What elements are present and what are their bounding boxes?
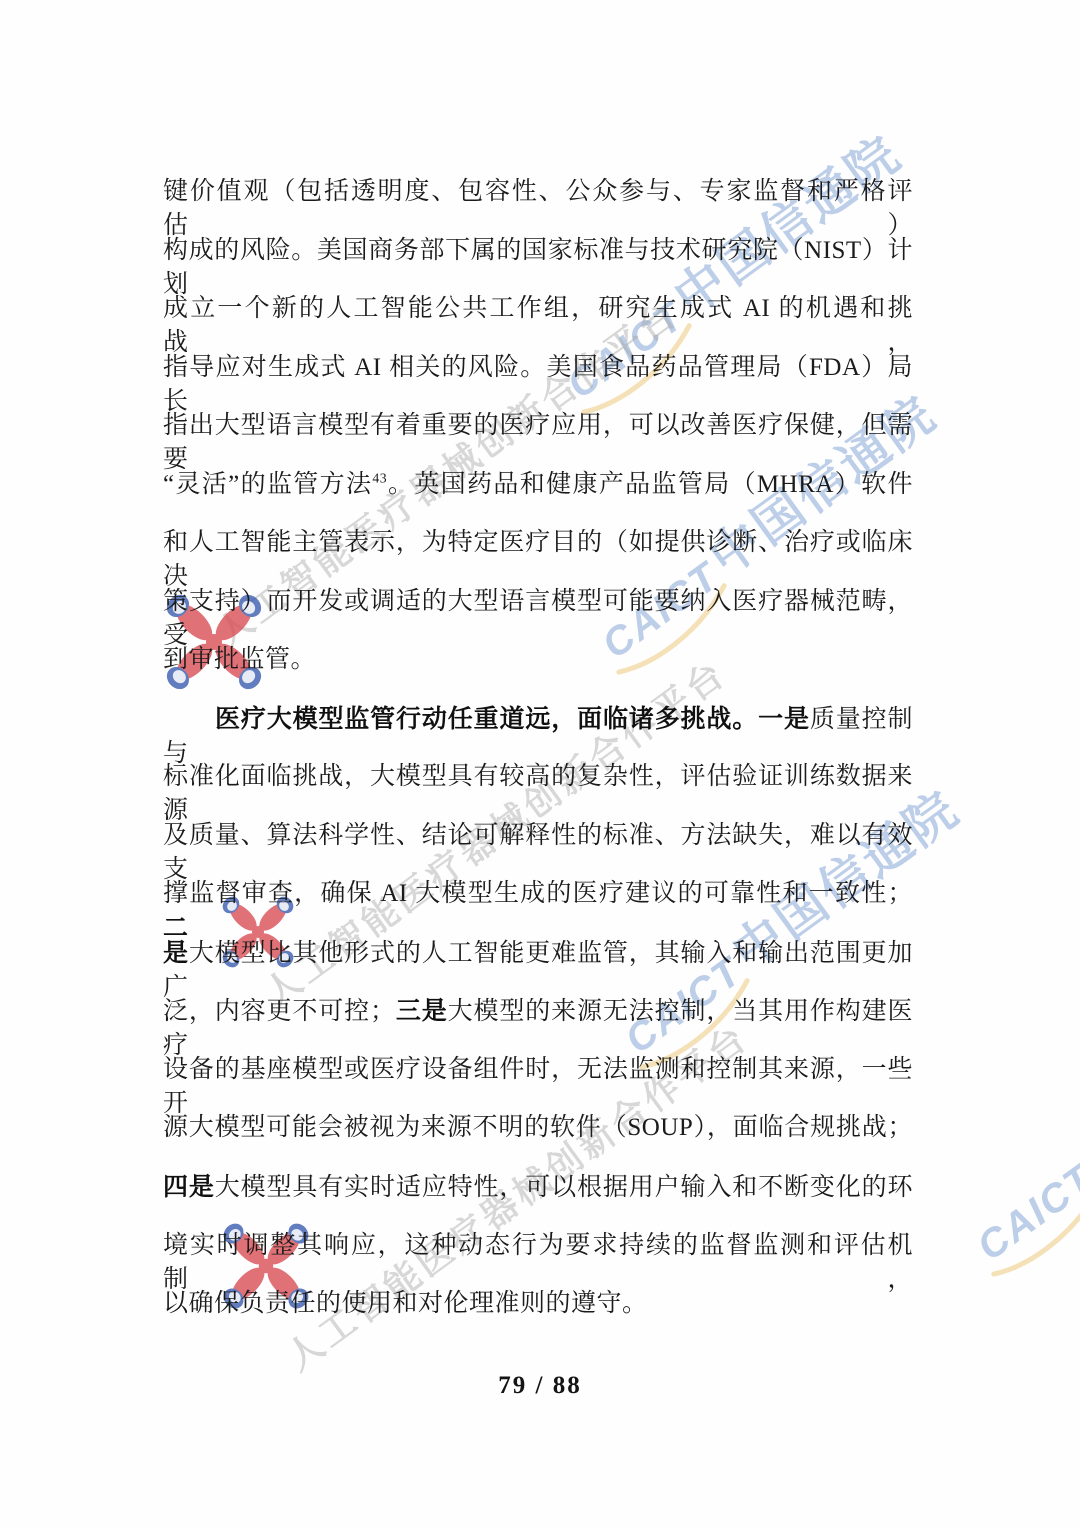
body-text-segment: 以确保负责任的使用和对伦理准则的遵守。 [163,1290,648,1317]
body-text-segment: 到审批监管。 [163,646,316,673]
footnote-ref: 43 [372,471,387,486]
body-text: 键价值观（包括透明度、包容性、公众参与、专家监督和严格评估）构成的风险。美国商务… [0,0,1080,1528]
body-text-segment: 大模型比其他形式的人工智能更难监管，其输入和输出范围更加广 [163,940,913,1001]
emphasis-text: 医疗大模型监管行动任重道远，面临诸多挑战。一是 [215,705,810,733]
text-line: 到审批监管。 [163,643,913,677]
body-text-segment: 设备的基座模型或医疗设备组件时，无法监测和控制其来源，一些开 [163,1056,913,1117]
body-text-segment: 指导应对生成式 AI 相关的风险。美国食品药品管理局（FDA）局长 [163,354,913,415]
text-line: 成立一个新的人工智能公共工作组，研究生成式 AI 的机遇和挑战， [163,292,913,360]
emphasis-text: 是 [163,939,189,967]
body-text-segment: 标准化面临挑战，大模型具有较高的复杂性，评估验证训练数据来源 [163,763,913,824]
body-text-segment: 撑监督审查，确保 AI 大模型生成的医疗建议的可靠性和一致性； [163,880,913,907]
text-line: 四是大模型具有实时适应特性，可以根据用户输入和不断变化的环 [163,1170,913,1205]
emphasis-text: 四是 [163,1173,215,1201]
text-line: “灵活”的监管方法43。英国药品和健康产品监管局（MHRA）软件 [163,468,913,502]
body-text-segment: 键价值观（包括透明度、包容性、公众参与、专家监督和严格评估） [163,178,913,239]
body-text-segment: 大模型具有实时适应特性，可以根据用户输入和不断变化的环 [215,1174,913,1201]
page-number: 79 / 88 [0,1372,1080,1400]
text-line: 源大模型可能会被视为来源不明的软件（SOUP），面临合规挑战； [163,1111,913,1145]
emphasis-text: 三是 [396,997,448,1025]
body-text-segment: 构成的风险。美国商务部下属的国家标准与技术研究院（NIST）计划 [163,237,913,298]
body-text-segment: “灵活”的监管方法 [163,471,372,498]
body-text-segment: 泛，内容更不可控； [163,998,396,1025]
document-page: CAICT中国信通院CAICT中国信通院CAICT中国信通院CAICT中国信通院… [0,0,1080,1528]
text-line: 标准化面临挑战，大模型具有较高的复杂性，评估验证训练数据来源 [163,760,913,828]
text-line: 以确保负责任的使用和对伦理准则的遵守。 [163,1287,913,1321]
body-text-segment: 策支持）而开发或调适的大型语言模型可能要纳入医疗器械范畴，受 [163,588,913,649]
body-text-segment: 成立一个新的人工智能公共工作组，研究生成式 AI 的机遇和挑战， [163,295,913,356]
text-line: 指出大型语言模型有着重要的医疗应用，可以改善医疗保健，但需要 [163,409,913,477]
body-text-segment: 指出大型语言模型有着重要的医疗应用，可以改善医疗保健，但需要 [163,412,913,473]
text-line: 键价值观（包括透明度、包容性、公众参与、专家监督和严格评估） [163,175,913,243]
body-text-segment: 境实时调整其响应，这种动态行为要求持续的监督监测和评估机制， [163,1232,913,1293]
body-text-segment: 和人工智能主管表示，为特定医疗目的（如提供诊断、治疗或临床决 [163,529,913,590]
body-text-segment: 。英国药品和健康产品监管局（MHRA）软件 [387,471,913,498]
body-text-segment: 及质量、算法科学性、结论可解释性的标准、方法缺失，难以有效支 [163,822,913,883]
body-text-segment: 源大模型可能会被视为来源不明的软件（SOUP），面临合规挑战； [163,1114,913,1141]
text-line: 和人工智能主管表示，为特定医疗目的（如提供诊断、治疗或临床决 [163,526,913,594]
